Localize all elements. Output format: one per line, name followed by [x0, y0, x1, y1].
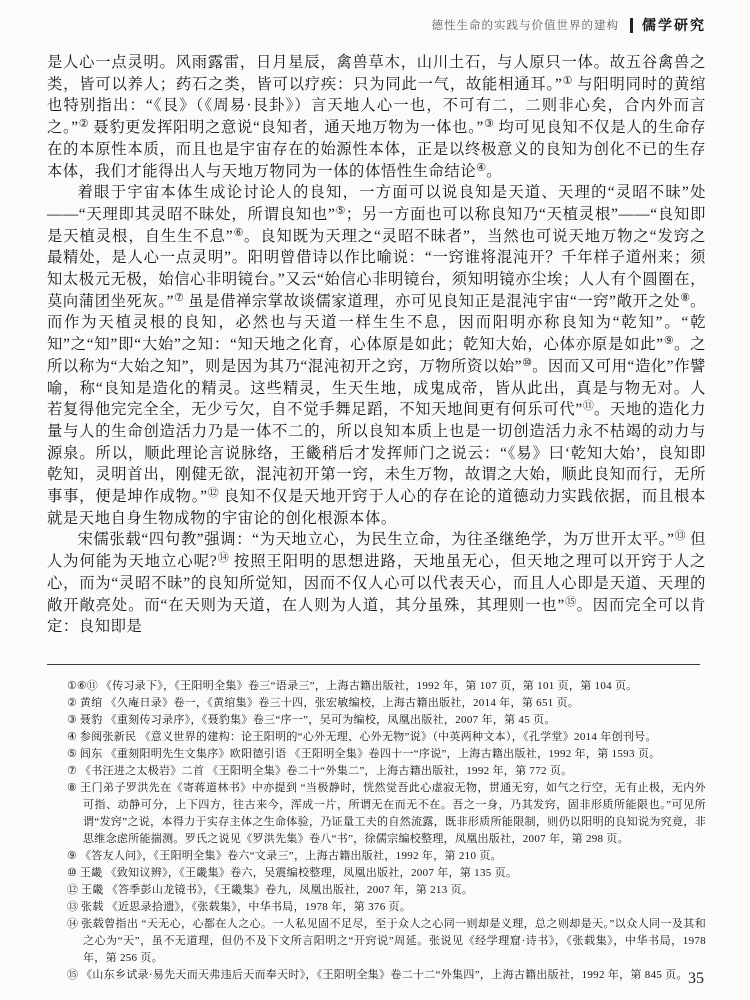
footnote-reference: ①	[562, 75, 572, 87]
footnote-reference: ⑩	[522, 357, 532, 369]
page-header: 德性生命的实践与价值世界的建构 儒学研究	[47, 14, 706, 36]
footnote-marker: ①⑥⑪	[67, 680, 98, 692]
footnote-item: ⑨ 《答友人问》，《王阳明全集》卷六“文录三”，上海古籍出版社，1992 年，第…	[67, 848, 706, 865]
footnote-reference: ⑬	[674, 531, 685, 543]
footnote-item: ⑮ 《山东乡试录·易先天而天弗违后天而奉天时》，《王阳明全集》卷二十二“外集四”…	[67, 967, 706, 984]
footnote-marker: ③	[67, 714, 77, 726]
article-body: 是人心一点灵明。风雨露雷，日月星辰，禽兽草木，山川土石，与人原只一体。故五谷禽兽…	[47, 52, 706, 638]
footnote-item: ④ 参阅张新民 《意义世界的建构：论王阳明的“心外无理、心外无物”说》（中英两种…	[67, 729, 706, 746]
footnote-reference: ④	[476, 162, 486, 174]
footnote-marker: ⑧	[67, 782, 77, 794]
footnote-reference: ⑮	[565, 596, 577, 608]
footnote-reference: ⑤	[335, 205, 345, 217]
footnote-reference: ⑪	[583, 400, 594, 412]
journal-section-title: 儒学研究	[642, 15, 706, 35]
footnote-marker: ⑤	[67, 748, 77, 760]
footnote-item: ⑩ 王畿 《致知议辨》，《王畿集》卷六，吴震编校整理，凤凰出版社，2007 年，…	[67, 865, 706, 882]
footnote-item: ⑤ 闾东 《重刻阳明先生文集序》欧阳德引语 《王阳明全集》卷四十一“序说”，上海…	[67, 746, 706, 763]
body-paragraph: 着眼于宇宙本体生成论讨论人的良知，一方面可以说良知是天道、天理的“灵昭不昧”处—…	[47, 182, 706, 529]
footnote-reference: ⑧	[680, 292, 690, 304]
footnote-marker: ②	[67, 697, 77, 709]
header-divider-bar	[630, 18, 633, 33]
footnote-reference: ⑨	[664, 335, 674, 347]
footnote-marker: ⑭	[67, 918, 78, 930]
footnote-item: ⑬ 张载 《近思录拾遗》，《张载集》，中华书局，1978 年，第 376 页。	[67, 899, 706, 916]
footnote-reference: ⑫	[208, 487, 219, 499]
footnote-item: ⑦ 《书汪进之太极岩》二首 《王阳明全集》卷二十“外集二”，上海古籍出版社，19…	[67, 763, 706, 780]
footnote-marker: ⑫	[67, 884, 78, 896]
footnote-marker: ⑮	[67, 969, 78, 981]
page-number: 35	[688, 970, 704, 988]
running-title: 德性生命的实践与价值世界的建构	[432, 17, 620, 33]
footnotes-section: ①⑥⑪ 《传习录下》，《王阳明全集》卷三“语录三”，上海古籍出版社，1992 年…	[47, 678, 706, 984]
footnote-reference: ②	[79, 118, 89, 130]
body-paragraph: 宋儒张载“四句教”强调：“为天地立心，为民生立命，为往圣继绝学，为万世开太平。”…	[47, 529, 706, 638]
footnote-item: ⑧ 王门弟子罗洪先在《寄蒋道林书》中亦提到 “当极静时，恍然觉吾此心虚寂无物，贯…	[67, 780, 706, 848]
footnote-item: ①⑥⑪ 《传习录下》，《王阳明全集》卷三“语录三”，上海古籍出版社，1992 年…	[67, 678, 706, 695]
footnote-item: ⑭ 张载曾指出 “天无心，心都在人之心。一人私见固不足尽，至于众人之心同一则却是…	[67, 916, 706, 967]
footnote-item: ③ 聂豹 《重刻传习录序》，《聂豹集》卷三“序一”，吴可为编校，凤凰出版社，20…	[67, 712, 706, 729]
footnote-marker: ⑨	[67, 850, 77, 862]
document-page: 德性生命的实践与价值世界的建构 儒学研究 是人心一点灵明。风雨露雷，日月星辰，禽…	[0, 0, 750, 1000]
footnote-item: ⑫ 王畿 《答季彭山龙镜书》，《王畿集》卷九，凤凰出版社，2007 年，第 21…	[67, 882, 706, 899]
footnote-separator-rule	[47, 664, 700, 665]
footnote-reference: ⑭	[217, 552, 229, 564]
body-paragraph: 是人心一点灵明。风雨露雷，日月星辰，禽兽草木，山川土石，与人原只一体。故五谷禽兽…	[47, 52, 706, 182]
footnote-marker: ④	[67, 731, 77, 743]
footnote-marker: ⑩	[67, 867, 77, 879]
footnote-reference: ③	[484, 118, 494, 130]
footnote-reference: ⑥	[233, 227, 244, 239]
footnote-reference: ⑦	[174, 292, 184, 304]
footnote-marker: ⑬	[67, 901, 78, 913]
footnote-marker: ⑦	[67, 765, 77, 777]
footnote-item: ② 黄绾 《久庵日录》卷一，《黄绾集》卷三十四，张宏敏编校，上海古籍出版社，20…	[67, 695, 706, 712]
